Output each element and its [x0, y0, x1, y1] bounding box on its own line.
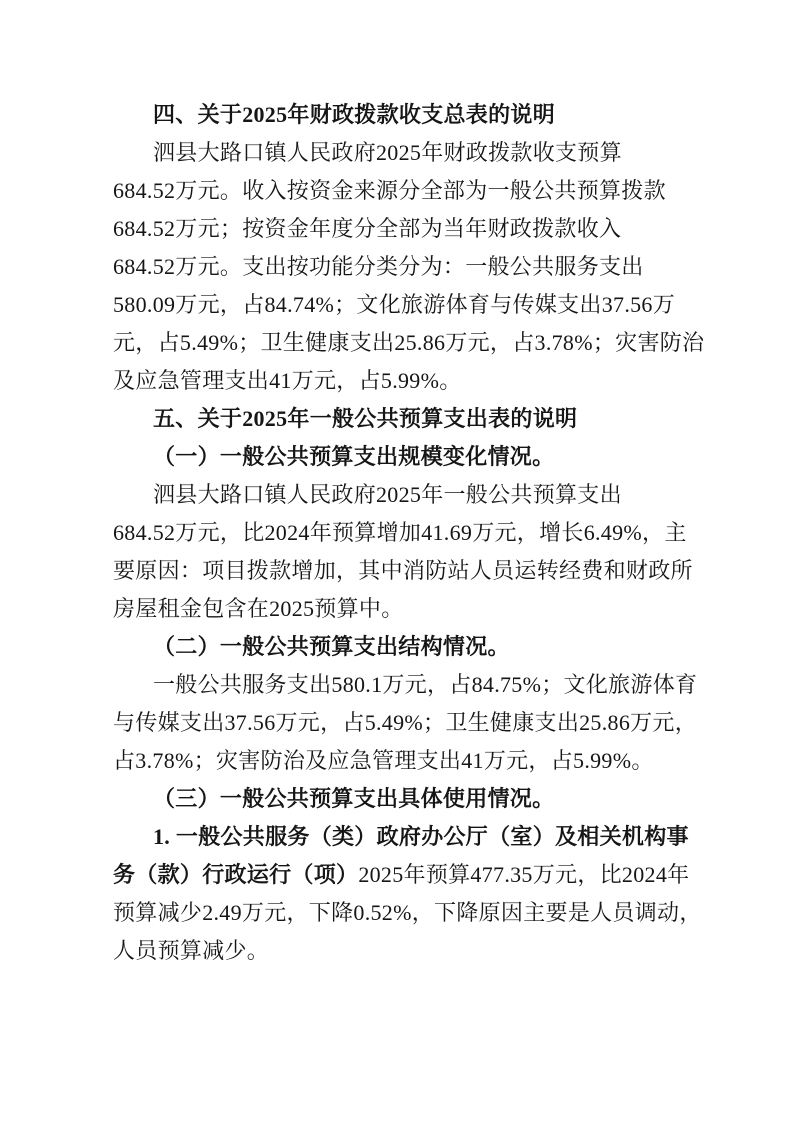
text-segment: 684.52万元；按资金年度分全部为当年财政拨款收入: [113, 216, 621, 241]
section-heading: 四、关于2025年财政拨款收支总表的说明: [113, 96, 713, 134]
text-line: 684.52万元；按资金年度分全部为当年财政拨款收入: [113, 210, 713, 248]
text-line: 人员预算减少。: [113, 932, 713, 970]
text-line: 泗县大路口镇人民政府2025年财政拨款收支预算: [113, 134, 713, 172]
sub-heading: （二）一般公共预算支出结构情况。: [113, 628, 713, 666]
bold-text-segment: 1. 一般公共服务（类）政府办公厅（室）及相关机构事: [153, 824, 689, 849]
text-line: 占3.78%；灾害防治及应急管理支出41万元，占5.99%。: [113, 742, 713, 780]
text-line: 580.09万元，占84.74%；文化旅游体育与传媒支出37.56万: [113, 286, 713, 324]
text-segment: 元，占5.49%；卫生健康支出25.86万元，占3.78%；灾害防治: [113, 330, 704, 355]
bold-text-segment: （一）一般公共预算支出规模变化情况。: [153, 444, 554, 469]
document-body: 四、关于2025年财政拨款收支总表的说明泗县大路口镇人民政府2025年财政拨款收…: [113, 96, 713, 970]
text-line: 要原因：项目拨款增加，其中消防站人员运转经费和财政所: [113, 552, 713, 590]
text-line: 与传媒支出37.56万元，占5.49%；卫生健康支出25.86万元，: [113, 704, 713, 742]
item-heading: 1. 一般公共服务（类）政府办公厅（室）及相关机构事: [113, 818, 713, 856]
section-heading: 五、关于2025年一般公共预算支出表的说明: [113, 400, 713, 438]
text-line: 684.52万元。收入按资金来源分全部为一般公共预算拨款: [113, 172, 713, 210]
text-segment: 房屋租金包含在2025预算中。: [113, 596, 404, 621]
text-line: 务（款）行政运行（项）2025年预算477.35万元，比2024年: [113, 856, 713, 894]
text-line: 684.52万元，比2024年预算增加41.69万元，增长6.49%，主: [113, 514, 713, 552]
text-line: 元，占5.49%；卫生健康支出25.86万元，占3.78%；灾害防治: [113, 324, 713, 362]
text-segment: 预算减少2.49万元，下降0.52%，下降原因主要是人员调动，: [113, 900, 702, 925]
text-segment: 684.52万元，比2024年预算增加41.69万元，增长6.49%，主: [113, 520, 687, 545]
text-segment: 人员预算减少。: [113, 938, 269, 963]
sub-heading: （三）一般公共预算支出具体使用情况。: [113, 780, 713, 818]
text-segment: 及应急管理支出41万元，占5.99%。: [113, 368, 462, 393]
bold-text-segment: 四、关于2025年财政拨款收支总表的说明: [153, 102, 555, 127]
text-line: 泗县大路口镇人民政府2025年一般公共预算支出: [113, 476, 713, 514]
text-segment: 2025年预算477.35万元，比2024年: [358, 862, 689, 887]
text-segment: 580.09万元，占84.74%；文化旅游体育与传媒支出37.56万: [113, 292, 675, 317]
text-line: 预算减少2.49万元，下降0.52%，下降原因主要是人员调动，: [113, 894, 713, 932]
text-segment: 684.52万元。收入按资金来源分全部为一般公共预算拨款: [113, 178, 666, 203]
text-line: 684.52万元。支出按功能分类分为：一般公共服务支出: [113, 248, 713, 286]
bold-text-segment: 五、关于2025年一般公共预算支出表的说明: [153, 406, 577, 431]
bold-text-segment: 务（款）行政运行（项）: [113, 862, 358, 887]
bold-text-segment: （三）一般公共预算支出具体使用情况。: [153, 786, 554, 811]
bold-text-segment: （二）一般公共预算支出结构情况。: [153, 634, 510, 659]
text-line: 及应急管理支出41万元，占5.99%。: [113, 362, 713, 400]
text-line: 房屋租金包含在2025预算中。: [113, 590, 713, 628]
text-segment: 一般公共服务支出580.1万元，占84.75%；文化旅游体育: [153, 672, 697, 697]
text-segment: 684.52万元。支出按功能分类分为：一般公共服务支出: [113, 254, 644, 279]
sub-heading: （一）一般公共预算支出规模变化情况。: [113, 438, 713, 476]
text-segment: 泗县大路口镇人民政府2025年一般公共预算支出: [153, 482, 622, 507]
text-segment: 泗县大路口镇人民政府2025年财政拨款收支预算: [153, 140, 622, 165]
document-page: 四、关于2025年财政拨款收支总表的说明泗县大路口镇人民政府2025年财政拨款收…: [0, 0, 793, 1122]
text-segment: 要原因：项目拨款增加，其中消防站人员运转经费和财政所: [113, 558, 693, 583]
text-line: 一般公共服务支出580.1万元，占84.75%；文化旅游体育: [113, 666, 713, 704]
text-segment: 与传媒支出37.56万元，占5.49%；卫生健康支出25.86万元，: [113, 710, 697, 735]
text-segment: 占3.78%；灾害防治及应急管理支出41万元，占5.99%。: [113, 748, 654, 773]
